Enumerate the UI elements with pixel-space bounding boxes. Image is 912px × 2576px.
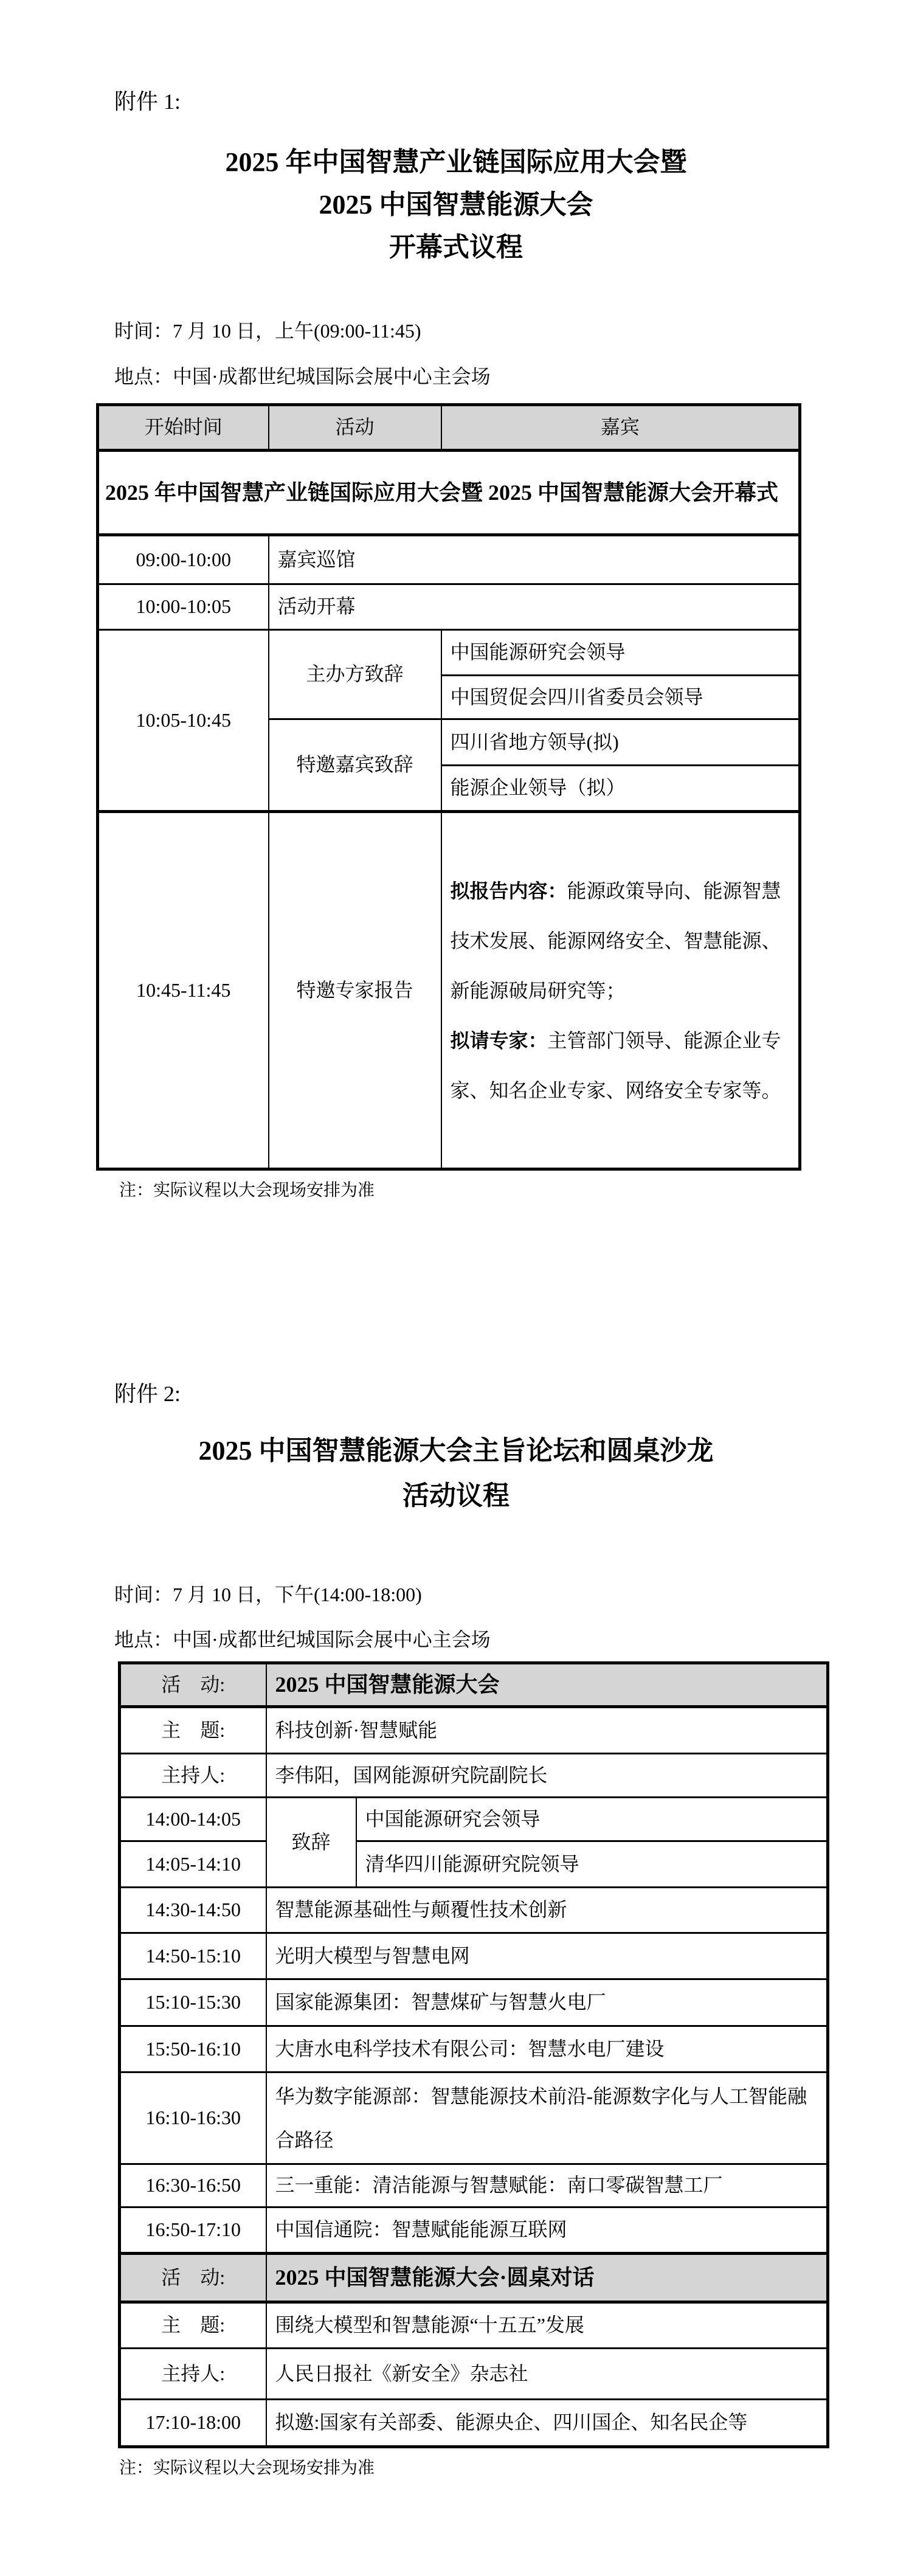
activity-cell: 主办方致辞 <box>269 630 441 719</box>
attachment2-title-line2: 活动议程 <box>0 1479 912 1513</box>
label-cell: 主 题: <box>120 1707 266 1754</box>
attachment1-title-line3: 开幕式议程 <box>0 230 912 265</box>
time-cell: 10:05-10:45 <box>98 630 269 812</box>
time-cell: 16:30-16:50 <box>120 2164 266 2207</box>
topic-cell: 智慧能源基础性与颠覆性技术创新 <box>266 1888 828 1933</box>
time-cell: 17:10-18:00 <box>120 2400 266 2447</box>
time-cell: 15:50-16:10 <box>120 2026 266 2072</box>
invited-experts-paragraph: 拟请专家：主管部门领导、能源企业专家、知名企业专家、网络安全专家等。 <box>451 1016 789 1115</box>
topic-cell: 三一重能：清洁能源与智慧赋能：南口零碳智慧工厂 <box>266 2164 828 2207</box>
attachment1-time: 时间：7 月 10 日，上午(09:00-11:45) <box>114 319 912 342</box>
attachment1-note: 注：实际议程以大会现场安排为准 <box>119 1180 912 1201</box>
value-cell: 李伟阳，国网能源研究院副院长 <box>266 1754 828 1798</box>
time-cell: 14:50-15:10 <box>120 1933 266 1979</box>
time-cell: 10:00-10:05 <box>98 584 269 630</box>
header-start-time: 开始时间 <box>98 405 269 451</box>
agenda-row: 16:10-16:30 华为数字能源部：智慧能源技术前沿-能源数字化与人工智能融… <box>120 2072 828 2164</box>
value-cell: 科技创新·智慧赋能 <box>266 1707 828 1754</box>
attachment1-title-line1: 2025 年中国智慧产业链国际应用大会暨 <box>0 145 912 179</box>
speech-cell: 致辞 <box>266 1798 356 1888</box>
table1-header-row: 开始时间 活动 嘉宾 <box>98 405 800 451</box>
time-cell: 09:00-10:00 <box>98 535 269 584</box>
guest-cell: 中国能源研究会领导 <box>441 630 800 676</box>
activity-cell: 活动开幕 <box>269 584 800 630</box>
agenda-row: 10:45-11:45 特邀专家报告 拟报告内容：能源政策导向、能源智慧技术发展… <box>98 812 800 1169</box>
agenda-row: 15:10-15:30 国家能源集团：智慧煤矿与智慧火电厂 <box>120 1979 828 2026</box>
time-cell: 10:45-11:45 <box>98 812 269 1169</box>
roundtable-theme-row: 主 题: 围绕大模型和智慧能源“十五五”发展 <box>120 2302 828 2349</box>
forum-host-row: 主持人: 李伟阳，国网能源研究院副院长 <box>120 1754 828 1798</box>
report-content-paragraph: 拟报告内容：能源政策导向、能源智慧技术发展、能源网络安全、智慧能源、新能源破局研… <box>451 866 789 1016</box>
invited-experts-label: 拟请专家： <box>451 1030 548 1051</box>
activity-cell: 特邀专家报告 <box>269 812 441 1169</box>
label-cell: 活 动: <box>120 2254 266 2302</box>
attachment2-venue: 地点：中国·成都世纪城国际会展中心主会场 <box>114 1628 912 1651</box>
agenda-row: 10:05-10:45 主办方致辞 中国能源研究会领导 <box>98 630 800 676</box>
time-cell: 16:50-17:10 <box>120 2207 266 2254</box>
value-cell: 人民日报社《新安全》杂志社 <box>266 2349 828 2400</box>
topic-cell: 光明大模型与智慧电网 <box>266 1933 828 1979</box>
table1-section-title-row: 2025 年中国智慧产业链国际应用大会暨 2025 中国智慧能源大会开幕式 <box>98 451 800 535</box>
agenda-row: 14:50-15:10 光明大模型与智慧电网 <box>120 1933 828 1979</box>
agenda-row: 16:50-17:10 中国信通院：智慧赋能能源互联网 <box>120 2207 828 2254</box>
attachment2-time: 时间：7 月 10 日，下午(14:00-18:00) <box>114 1583 912 1606</box>
attachment1-label: 附件 1: <box>114 88 912 115</box>
guest-cell: 中国贸促会四川省委员会领导 <box>441 676 800 719</box>
agenda-row: 17:10-18:00 拟邀:国家有关部委、能源央企、四川国企、知名民企等 <box>120 2400 828 2447</box>
topic-cell: 大唐水电科学技术有限公司：智慧水电厂建设 <box>266 2026 828 2072</box>
label-cell: 主持人: <box>120 2349 266 2400</box>
time-cell: 15:10-15:30 <box>120 1979 266 2026</box>
time-cell: 14:05-14:10 <box>120 1841 266 1888</box>
agenda-row: 09:00-10:00 嘉宾巡馆 <box>98 535 800 584</box>
label-cell: 活 动: <box>120 1663 266 1707</box>
label-cell: 主持人: <box>120 1754 266 1798</box>
label-cell: 主 题: <box>120 2302 266 2349</box>
guest-cell: 拟邀:国家有关部委、能源央企、四川国企、知名民企等 <box>266 2400 828 2447</box>
agenda-row: 14:05-14:10 清华四川能源研究院领导 <box>120 1841 828 1888</box>
agenda-row: 15:50-16:10 大唐水电科学技术有限公司：智慧水电厂建设 <box>120 2026 828 2072</box>
value-cell: 围绕大模型和智慧能源“十五五”发展 <box>266 2302 828 2349</box>
agenda-row: 16:30-16:50 三一重能：清洁能源与智慧赋能：南口零碳智慧工厂 <box>120 2164 828 2207</box>
header-activity: 活动 <box>269 405 441 451</box>
opening-ceremony-agenda-table: 开始时间 活动 嘉宾 2025 年中国智慧产业链国际应用大会暨 2025 中国智… <box>96 403 801 1171</box>
agenda-row: 14:00-14:05 致辞 中国能源研究会领导 <box>120 1798 828 1841</box>
agenda-row: 14:30-14:50 智慧能源基础性与颠覆性技术创新 <box>120 1888 828 1933</box>
forum-roundtable-agenda-table: 活 动: 2025 中国智慧能源大会 主 题: 科技创新·智慧赋能 主持人: 李… <box>118 1661 829 2448</box>
guest-cell: 四川省地方领导(拟) <box>441 719 800 766</box>
report-content-label: 拟报告内容： <box>451 880 567 902</box>
value-cell: 2025 中国智慧能源大会 <box>266 1663 828 1707</box>
topic-cell: 国家能源集团：智慧煤矿与智慧火电厂 <box>266 1979 828 2026</box>
attachment2-label: 附件 2: <box>114 1380 912 1407</box>
time-cell: 14:30-14:50 <box>120 1888 266 1933</box>
topic-cell: 华为数字能源部：智慧能源技术前沿-能源数字化与人工智能融合路径 <box>266 2072 828 2164</box>
attachment2-note: 注：实际议程以大会现场安排为准 <box>119 2458 912 2479</box>
document-page: 附件 1: 2025 年中国智慧产业链国际应用大会暨 2025 中国智慧能源大会… <box>0 0 912 2479</box>
header-guest: 嘉宾 <box>441 405 800 451</box>
forum-header-row: 活 动: 2025 中国智慧能源大会 <box>120 1663 828 1707</box>
topic-cell: 中国信通院：智慧赋能能源互联网 <box>266 2207 828 2254</box>
agenda-row: 10:00-10:05 活动开幕 <box>98 584 800 630</box>
attachment2-title-line1: 2025 中国智慧能源大会主旨论坛和圆桌沙龙 <box>0 1434 912 1468</box>
guest-cell: 清华四川能源研究院领导 <box>356 1841 828 1888</box>
guest-cell: 能源企业领导（拟） <box>441 766 800 812</box>
activity-cell: 嘉宾巡馆 <box>269 535 800 584</box>
report-cell: 拟报告内容：能源政策导向、能源智慧技术发展、能源网络安全、智慧能源、新能源破局研… <box>441 812 800 1169</box>
roundtable-host-row: 主持人: 人民日报社《新安全》杂志社 <box>120 2349 828 2400</box>
section-title: 2025 年中国智慧产业链国际应用大会暨 2025 中国智慧能源大会开幕式 <box>98 451 800 535</box>
time-cell: 16:10-16:30 <box>120 2072 266 2164</box>
value-cell: 2025 中国智慧能源大会·圆桌对话 <box>266 2254 828 2302</box>
guest-cell: 中国能源研究会领导 <box>356 1798 828 1841</box>
activity-cell: 特邀嘉宾致辞 <box>269 719 441 812</box>
time-cell: 14:00-14:05 <box>120 1798 266 1841</box>
roundtable-header-row: 活 动: 2025 中国智慧能源大会·圆桌对话 <box>120 2254 828 2302</box>
attachment1-title-line2: 2025 中国智慧能源大会 <box>0 188 912 222</box>
forum-theme-row: 主 题: 科技创新·智慧赋能 <box>120 1707 828 1754</box>
attachment1-venue: 地点：中国·成都世纪城国际会展中心主会场 <box>114 365 912 388</box>
